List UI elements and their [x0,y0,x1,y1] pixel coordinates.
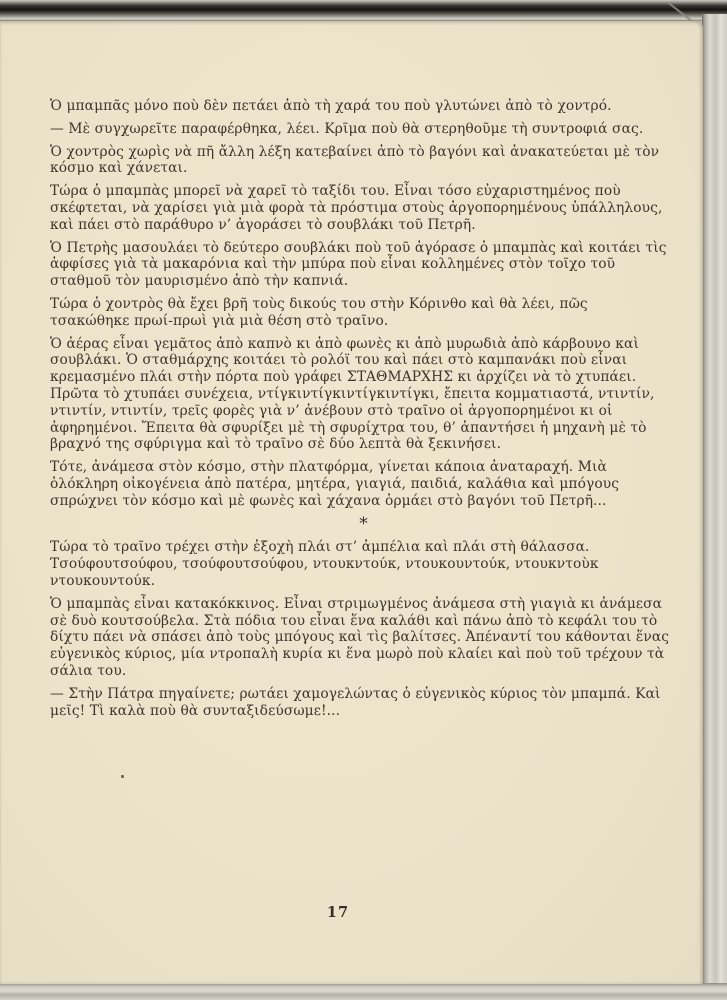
body-text-block: Ὁ μπαμπᾶς μόνο ποὺ δὲν πετάει ἀπὸ τὴ χαρ… [50,98,677,725]
paragraph-dialogue: — Μὲ συγχωρεῖτε παραφέρθηκα, λέει. Κρῖμα… [50,121,677,138]
page-stack-edge-right [702,14,727,1000]
paragraph: Τώρα τὸ τραῖνο τρέχει στὴν ἐξοχὴ πλάι στ… [50,539,677,589]
page-number: 17 [294,904,382,921]
paragraph: Ὁ μπαμπᾶς μόνο ποὺ δὲν πετάει ἀπὸ τὴ χαρ… [50,98,677,115]
paper-page: Ὁ μπαμπᾶς μόνο ποὺ δὲν πετάει ἀπὸ τὴ χαρ… [0,21,703,984]
paragraph: Τώρα ὁ μπαμπὰς μπορεῖ νὰ χαρεῖ τὸ ταξίδι… [50,183,677,233]
paragraph: Τώρα ὁ χοντρὸς θὰ ἔχει βρῆ τοὺς δικούς τ… [50,296,677,330]
paragraph: Ὁ χοντρὸς χωρὶς νὰ πῆ ἄλλη λέξη κατεβαίν… [50,144,677,178]
paragraph-dialogue: — Στὴν Πάτρα πηγαίνετε; ρωτάει χαμογελών… [50,686,677,720]
page-stack-edge-bottom [0,983,727,1000]
paragraph: Ὁ ἀέρας εἶναι γεμᾶτος ἀπὸ καπνὸ κι ἀπὸ φ… [50,336,677,454]
paragraph: Τότε, ἀνάμεσα στὸν κόσμο, στὴν πλατφόρμα… [50,459,677,509]
ink-speck-artifact [121,775,124,778]
paragraph: Ὁ μπαμπὰς εἶναι κατακόκκινος. Εἶναι στρι… [50,596,677,680]
asterisk-section-separator: * [50,516,677,533]
book-spine-edge-top [0,0,727,21]
scanned-book-page: Ὁ μπαμπᾶς μόνο ποὺ δὲν πετάει ἀπὸ τὴ χαρ… [0,0,727,1000]
paragraph: Ὁ Πετρὴς μασουλάει τὸ δεύτερο σουβλάκι π… [50,240,677,290]
